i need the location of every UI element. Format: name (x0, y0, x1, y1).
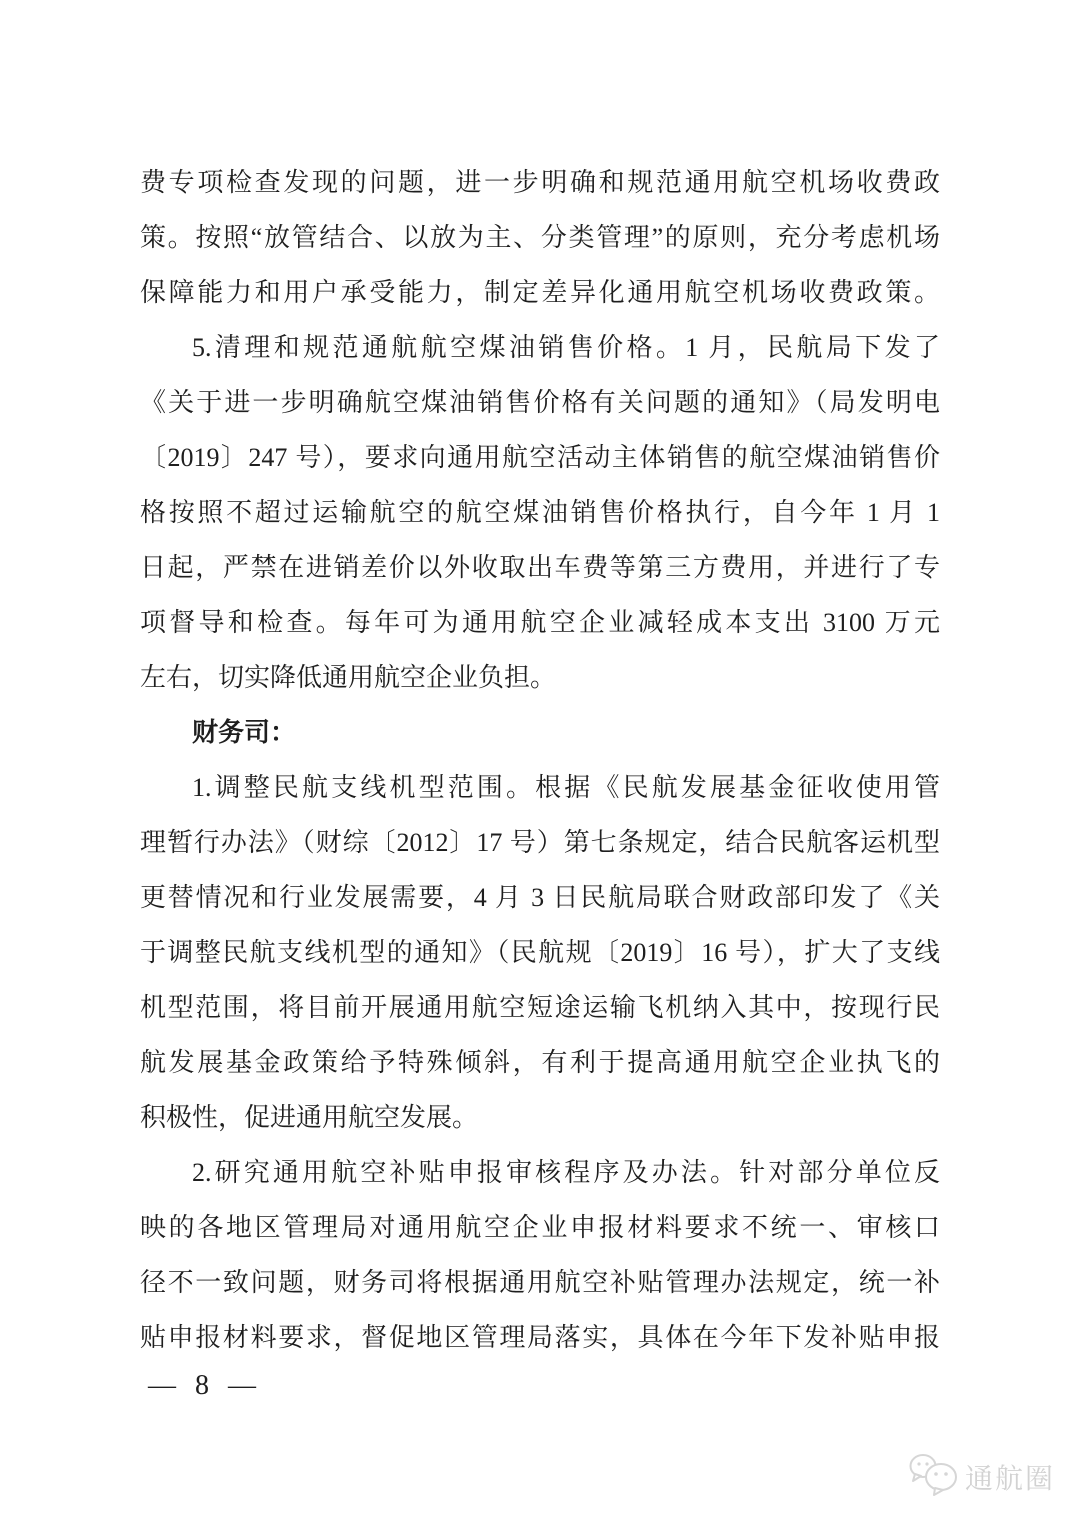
text-line: 于调整民航支线机型的通知》（民航规〔2019〕16 号），扩大了支线 (140, 925, 940, 980)
document-page: 费专项检查发现的问题，进一步明确和规范通用航空机场收费政策。按照“放管结合、以放… (0, 0, 1080, 1527)
text-line: 积极性，促进通用航空发展。 (140, 1090, 940, 1145)
text-line: 贴申报材料要求，督促地区管理局落实，具体在今年下发补贴申报 (140, 1310, 940, 1365)
text-line: 财务司： (140, 705, 940, 760)
text-line: 更替情况和行业发展需要，4 月 3 日民航局联合财政部印发了《关 (140, 870, 940, 925)
text-line: 航发展基金政策给予特殊倾斜，有利于提高通用航空企业执飞的 (140, 1035, 940, 1090)
text-line: 径不一致问题，财务司将根据通用航空补贴管理办法规定，统一补 (140, 1255, 940, 1310)
watermark-label: 通航圈 (965, 1457, 1055, 1497)
text-line: 5.清理和规范通航航空煤油销售价格。1 月，民航局下发了 (140, 320, 940, 375)
text-line: 费专项检查发现的问题，进一步明确和规范通用航空机场收费政 (140, 155, 940, 210)
text-line: 左右，切实降低通用航空企业负担。 (140, 650, 940, 705)
text-line: 保障能力和用户承受能力，制定差异化通用航空机场收费政策。 (140, 265, 940, 320)
text-line: 项督导和检查。每年可为通用航空企业减轻成本支出 3100 万元 (140, 595, 940, 650)
watermark: 通航圈 (908, 1452, 1055, 1501)
text-line: 1.调整民航支线机型范围。根据《民航发展基金征收使用管 (140, 760, 940, 815)
document-body: 费专项检查发现的问题，进一步明确和规范通用航空机场收费政策。按照“放管结合、以放… (140, 155, 940, 1365)
text-line: 格按照不超过运输航空的航空煤油销售价格执行，自今年 1 月 1 (140, 485, 940, 540)
text-line: 映的各地区管理局对通用航空企业申报材料要求不统一、审核口 (140, 1200, 940, 1255)
page-number: — 8 — (148, 1370, 262, 1402)
text-line: 理暂行办法》（财综〔2012〕17 号）第七条规定，结合民航客运机型 (140, 815, 940, 870)
text-line: 策。按照“放管结合、以放为主、分类管理”的原则，充分考虑机场 (140, 210, 940, 265)
text-line: 2.研究通用航空补贴申报审核程序及办法。针对部分单位反 (140, 1145, 940, 1200)
wechat-chat-bubbles-icon (908, 1452, 960, 1501)
text-line: 日起，严禁在进销差价以外收取出车费等第三方费用，并进行了专 (140, 540, 940, 595)
text-line: 机型范围，将目前开展通用航空短途运输飞机纳入其中，按现行民 (140, 980, 940, 1035)
text-line: 《关于进一步明确航空煤油销售价格有关问题的通知》（局发明电 (140, 375, 940, 430)
text-line: 〔2019〕247 号），要求向通用航空活动主体销售的航空煤油销售价 (140, 430, 940, 485)
